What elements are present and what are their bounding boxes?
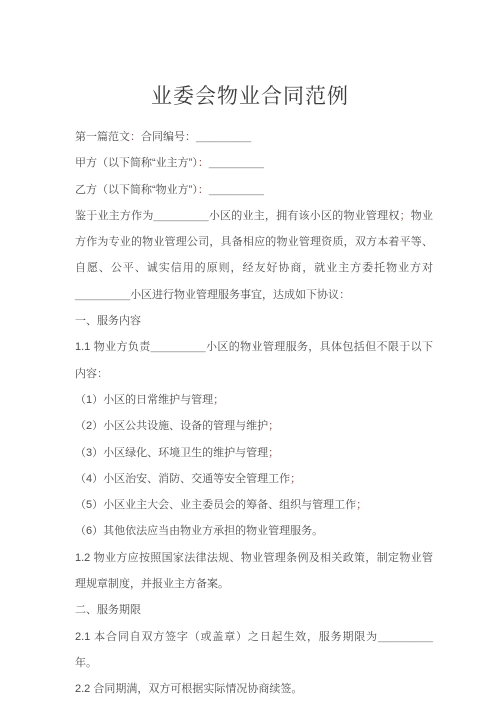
doc-clause-1-2: 1.2 物业方应按照国家法律法规、物业管理条例及相关政策，制定物业管理规章制度，… — [75, 545, 433, 598]
doc-list-item-2: （2）小区公共设施、设备的管理与维护； — [75, 413, 433, 439]
document-title: 业委会物业合同范例 — [0, 80, 500, 110]
doc-list-item-1: （1）小区的日常维护与管理； — [75, 387, 433, 413]
doc-list-item-6: （6）其他依法应当由物业方承担的物业管理服务。 — [75, 518, 433, 544]
doc-line-party-b: 乙方（以下简称“物业方”）：_________ — [75, 177, 433, 203]
doc-paragraph-preamble: 鉴于业主方作为_________小区的业主，拥有该小区的物业管理权；物业方作为专… — [75, 203, 433, 308]
doc-clause-2-2: 2.2 合同期满，双方可根据实际情况协商续签。 — [75, 676, 433, 702]
doc-clause-2-1: 2.1 本合同自双方签字（或盖章）之日起生效，服务期限为_________年。 — [75, 624, 433, 677]
doc-heading-section-1: 一、服务内容 — [75, 308, 433, 334]
doc-clause-1-1: 1.1 物业方负责_________小区的物业管理服务，具体包括但不限于以下内容… — [75, 334, 433, 387]
document-page: 业委会物业合同范例 第一篇范文：合同编号：_________ 甲方（以下简称“业… — [0, 0, 500, 707]
doc-list-item-4: （4）小区治安、消防、交通等安全管理工作； — [75, 466, 433, 492]
doc-line-party-a: 甲方（以下简称“业主方”）：_________ — [75, 150, 433, 176]
doc-heading-section-2: 二、服务期限 — [75, 597, 433, 623]
doc-line-intro: 第一篇范文：合同编号：_________ — [75, 124, 433, 150]
doc-list-item-5: （5）小区业主大会、业主委员会的筹备、组织与管理工作； — [75, 492, 433, 518]
document-body: 第一篇范文：合同编号：_________ 甲方（以下简称“业主方”）：_____… — [75, 124, 433, 703]
doc-list-item-3: （3）小区绿化、环境卫生的维护与管理； — [75, 440, 433, 466]
